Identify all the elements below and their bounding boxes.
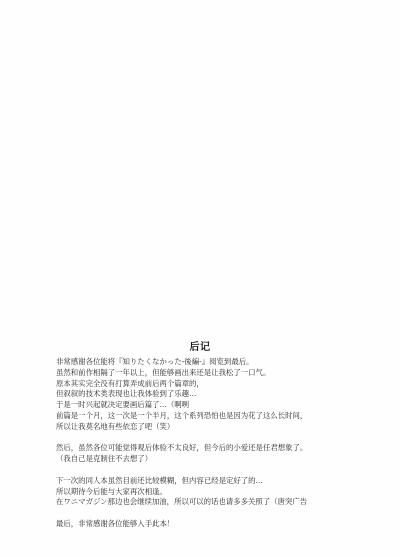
text-line: 虽然和前作相隔了一年以上，但能够画出来还是让我松了一口气。 — [56, 368, 356, 379]
text-line: 所以让我莫名地有些依恋了吧（笑） — [56, 422, 356, 433]
paragraph-3: 下一次的同人本虽然目前还比较模糊，但内容已经是定好了的… 所以期待今后能与大家再… — [56, 476, 356, 508]
page-title: 后记 — [0, 338, 400, 353]
text-line: 但叙叙的技术类表现也让我体验到了乐趣… — [56, 389, 356, 400]
text-line: 在ワニマガジン那边也会继续加油，所以可以的话也请多多关照了（唐突广告 — [56, 497, 356, 508]
paragraph-4: 最后，非常感谢各位能够入手此本！ — [56, 519, 356, 530]
text-line: 所以期待今后能与大家再次相逢。 — [56, 487, 356, 498]
paragraph-1: 非常感谢各位能将『知りたくなかった-後編-』阅览到最后。 虽然和前作相隔了一年以… — [56, 357, 356, 433]
text-line: 于是一时兴起就决定要画后篇了…（啊咧 — [56, 400, 356, 411]
afterword-body: 非常感谢各位能将『知りたくなかった-後編-』阅览到最后。 虽然和前作相隔了一年以… — [56, 357, 356, 541]
text-line: 然后，虽然各位可能觉得观后体验不太良好，但今后的小爱还是任君想象了。 — [56, 443, 356, 454]
afterword-page: 后记 非常感谢各位能将『知りたくなかった-後編-』阅览到最后。 虽然和前作相隔了… — [0, 0, 400, 556]
text-line: 下一次的同人本虽然目前还比较模糊，但内容已经是定好了的… — [56, 476, 356, 487]
text-line: （我自己是克制住不去想了） — [56, 454, 356, 465]
text-line: 非常感谢各位能将『知りたくなかった-後編-』阅览到最后。 — [56, 357, 356, 368]
text-line: 原本其实完全没有打算弄成前后两个篇章的， — [56, 379, 356, 390]
text-line: 最后，非常感谢各位能够入手此本！ — [56, 519, 356, 530]
text-line: 前篇是一个月，这一次是一个半月，这个系列恐怕也是因为花了这么长时间， — [56, 411, 356, 422]
paragraph-2: 然后，虽然各位可能觉得观后体验不太良好，但今后的小爱还是任君想象了。 （我自己是… — [56, 443, 356, 465]
